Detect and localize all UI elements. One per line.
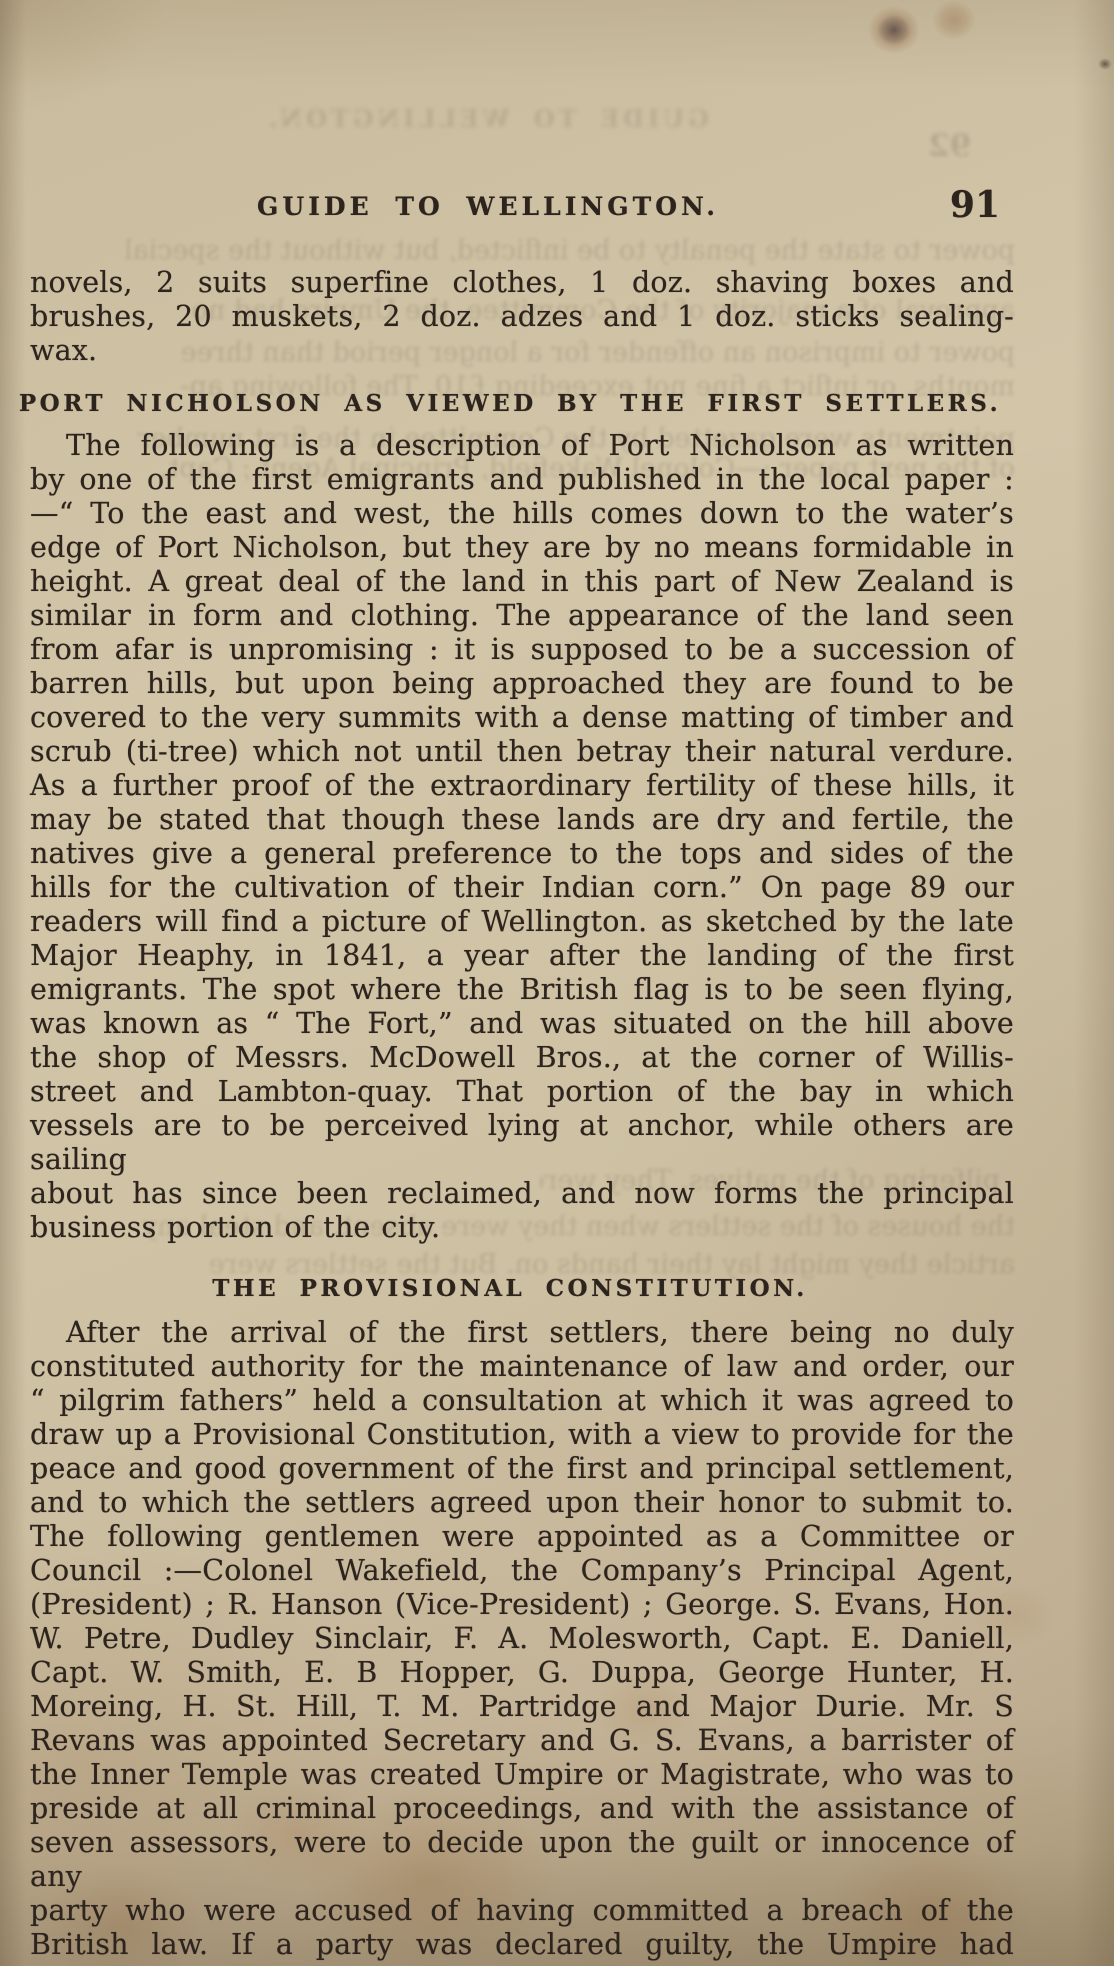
text-line: from afar is unpromising : it is suppose… [30,633,1014,667]
text-line: brushes, 20 muskets, 2 doz. adzes and 1 … [30,300,1014,334]
text-line: similar in form and clothing. The appear… [30,599,1014,633]
paragraph-provisional-constitution: After the arrival of the first settlers,… [30,1316,1014,1962]
paragraph-port-nicholson: The following is a description of Port N… [30,429,1014,1245]
text-line: party who were accused of having committ… [30,1894,1014,1928]
text-line: the Inner Temple was created Umpire or M… [30,1758,1014,1792]
paragraph-continuation: novels, 2 suits superfine clothes, 1 doz… [30,266,1014,368]
text-line: “ pilgrim fathers” held a consultation a… [30,1384,1014,1418]
text-line: the shop of Messrs. McDowell Bros., at t… [30,1041,1014,1075]
text-line: hills for the cultivation of their India… [30,871,1014,905]
text-line: W. Petre, Dudley Sinclair, F. A. Moleswo… [30,1622,1014,1656]
text-line: may be stated that though these lands ar… [30,803,1014,837]
text-line: After the arrival of the first settlers,… [30,1316,1014,1350]
text-line: readers will find a picture of Wellingto… [30,905,1014,939]
page-header: GUIDE TO WELLINGTON. 91 [30,192,1014,234]
text-line: by one of the first emigrants and publis… [30,463,1014,497]
text-line: and to which the settlers agreed upon th… [30,1486,1014,1520]
text-line: British law. If a party was declared gui… [30,1928,1014,1962]
page-number: 91 [950,184,1000,226]
text-line: (President) ; R. Hanson (Vice-President)… [30,1588,1014,1622]
text-line: natives give a general preference to the… [30,837,1014,871]
text-line: Revans was appointed Secretary and G. S.… [30,1724,1014,1758]
text-line: emigrants. The spot where the British fl… [30,973,1014,1007]
text-line: seven assessors, were to decide upon the… [30,1826,1014,1894]
text-line: Capt. W. Smith, E. B Hopper, G. Duppa, G… [30,1656,1014,1690]
text-line: business portion of the city. [30,1211,1014,1245]
text-line: height. A great deal of the land in this… [30,565,1014,599]
text-line: —“ To the east and west, the hills comes… [30,497,1014,531]
section-heading-port-nicholson: PORT NICHOLSON AS VIEWED BY THE FIRST SE… [18,390,1002,417]
text-line: The following gentlemen were appointed a… [30,1520,1014,1554]
text-line: Major Heaphy, in 1841, a year after the … [30,939,1014,973]
text-line: barren hills, but upon being approached … [30,667,1014,701]
text-line: Moreing, H. St. Hill, T. M. Partridge an… [30,1690,1014,1724]
ink-speck [1098,58,1112,70]
text-line: The following is a description of Port N… [30,429,1014,463]
text-line: scrub (ti-tree) which not until then bet… [30,735,1014,769]
text-line: vessels are to be perceived lying at anc… [30,1109,1014,1177]
section-heading-provisional-constitution: THE PROVISIONAL CONSTITUTION. [18,1275,1002,1302]
text-line: draw up a Provisional Constitution, with… [30,1418,1014,1452]
text-line: edge of Port Nicholson, but they are by … [30,531,1014,565]
text-line: was known as “ The Fort,” and was situat… [30,1007,1014,1041]
text-line: Council :—Colonel Wakefield, the Company… [30,1554,1014,1588]
text-line: about has since been reclaimed, and now … [30,1177,1014,1211]
text-line: peace and good government of the first a… [30,1452,1014,1486]
page-text-block: GUIDE TO WELLINGTON. 91 novels, 2 suits … [30,0,1014,1962]
text-line: covered to the very summits with a dense… [30,701,1014,735]
scanned-book-page: GUIDE TO WELLINGTON. 92 power to state t… [0,0,1114,1966]
text-line: preside at all criminal proceedings, and… [30,1792,1014,1826]
text-line: street and Lambton-quay. That portion of… [30,1075,1014,1109]
text-line: constituted authority for the maintenanc… [30,1350,1014,1384]
text-line: novels, 2 suits superfine clothes, 1 doz… [30,266,1014,300]
text-line: wax. [30,334,1014,368]
text-line: As a further proof of the extraordinary … [30,769,1014,803]
running-head-title: GUIDE TO WELLINGTON. [257,192,719,221]
